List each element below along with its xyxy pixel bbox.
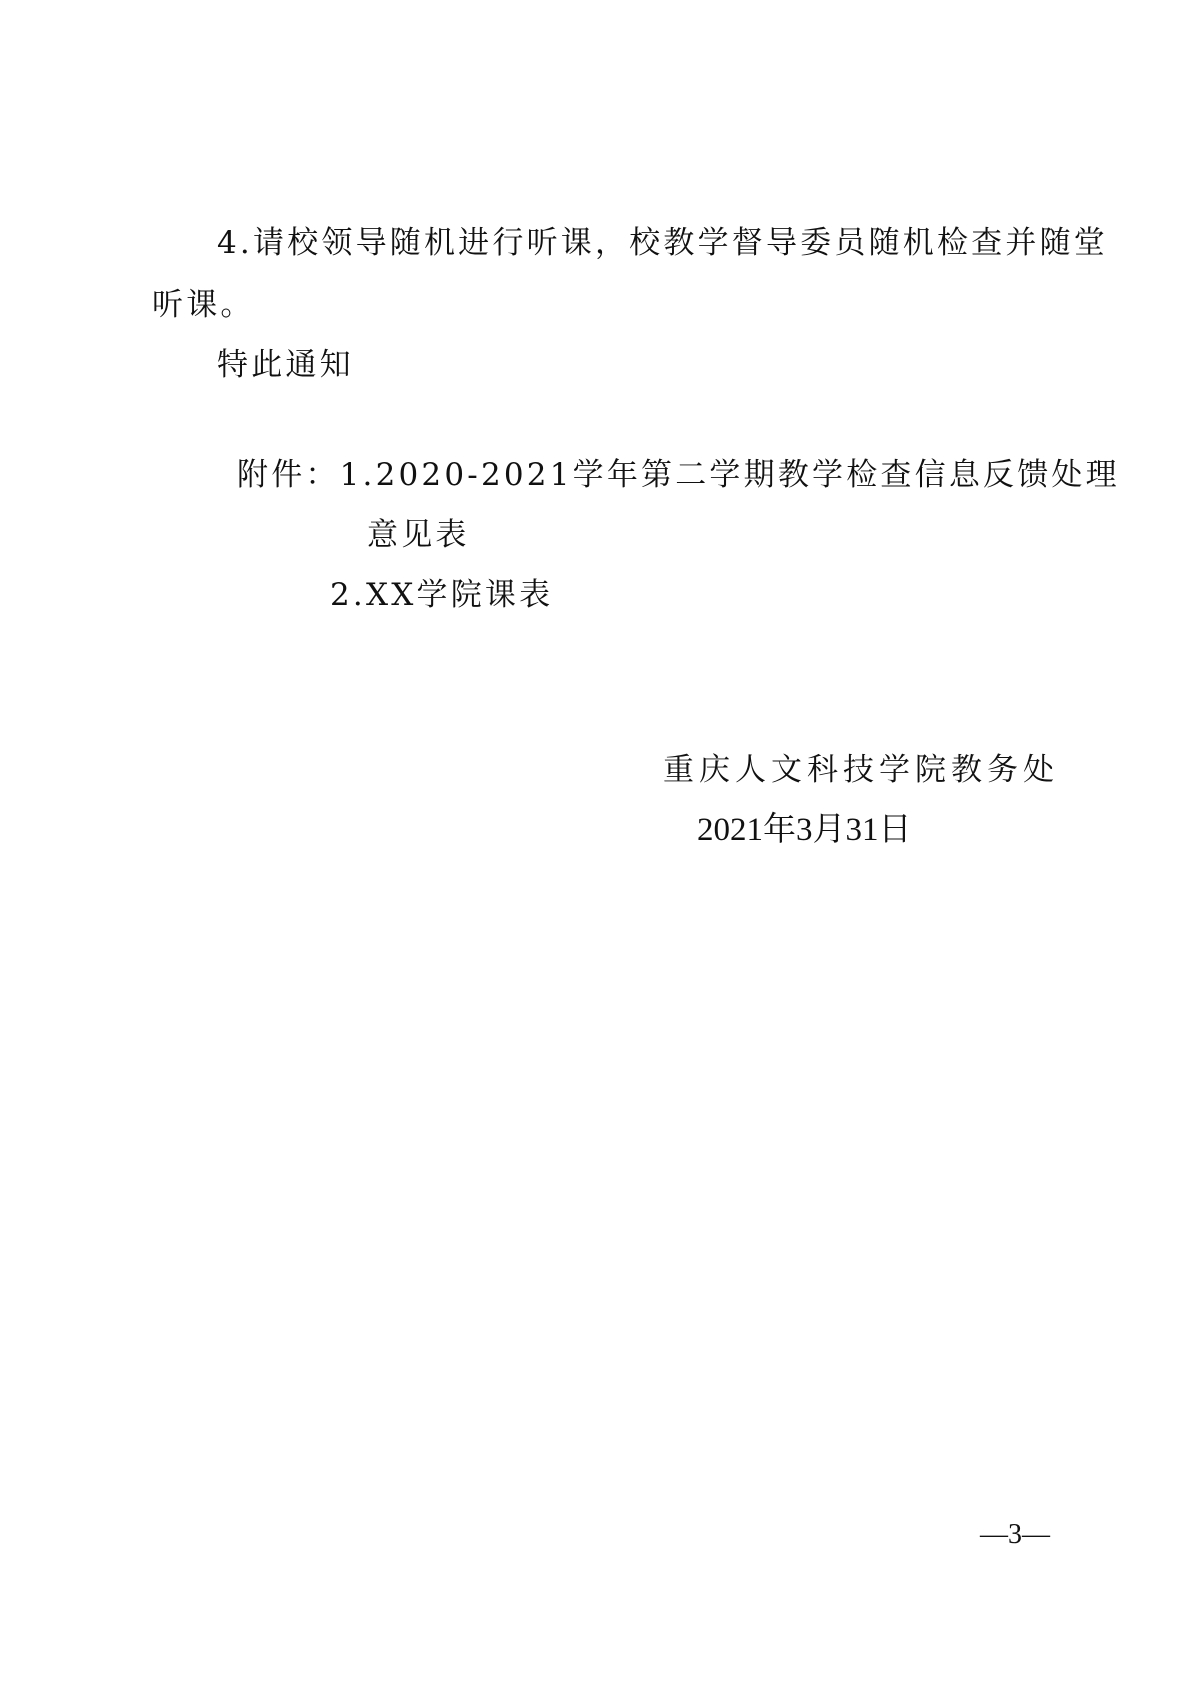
page-number: —3— [980, 1515, 1050, 1555]
signature-date: 2021年3月31日 [697, 810, 912, 850]
item-4-text-line-1: 4.请校领导随机进行听课，校教学督导委员随机检查并随堂 [217, 223, 1043, 263]
attachment-1-line-2: 意见表 [367, 515, 470, 555]
attachment-2: 2.XX学院课表 [330, 575, 553, 615]
attachment-1-line-1: 附件：1.2020-2021学年第二学期教学检查信息反馈处理 [237, 455, 1043, 495]
closing-phrase: 特此通知 [217, 345, 354, 385]
signature-organization: 重庆人文科技学院教务处 [663, 750, 1059, 790]
item-4-text-line-2: 听课。 [152, 285, 255, 325]
